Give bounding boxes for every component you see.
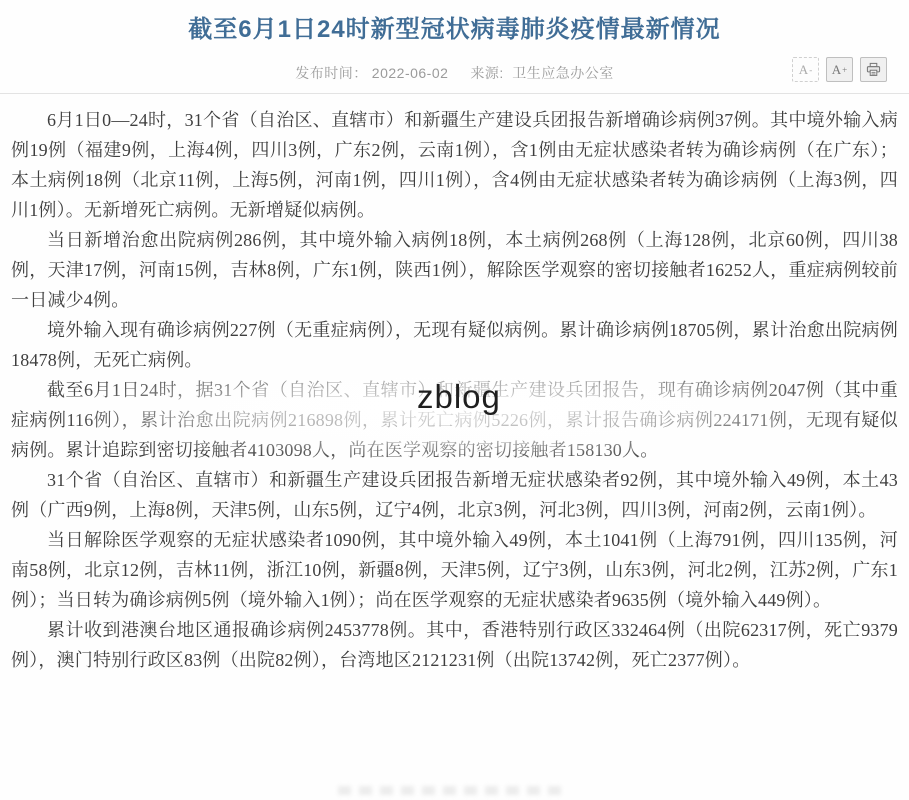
paragraph-cumulative: 截至6月1日24时，据31个省（自治区、直辖市）和新疆生产建设兵团报告，现有确诊… [11,375,898,465]
article-header: 截至6月1日24时新型冠状病毒肺炎疫情最新情况 发布时间：2022-06-02来… [0,0,909,93]
printer-icon [866,62,881,77]
publish-time-label: 发布时间： [295,65,368,81]
font-decrease-button[interactable]: A- [792,57,819,82]
paragraph-imported-current: 境外输入现有确诊病例227例（无重症病例），无现有疑似病例。累计确诊病例1870… [11,315,898,375]
paragraph-asymptomatic-released: 当日解除医学观察的无症状感染者1090例，其中境外输入49例，本土1041例（上… [11,525,898,615]
font-increase-label: A [832,62,841,78]
article-body: 6月1日0—24时，31个省（自治区、直辖市）和新疆生产建设兵团报告新增确诊病例… [0,94,909,675]
print-button[interactable] [860,57,887,82]
paragraph-new-confirmed: 6月1日0—24时，31个省（自治区、直辖市）和新疆生产建设兵团报告新增确诊病例… [11,105,898,225]
meta-row: 发布时间：2022-06-02来源: 卫生应急办公室 A- A+ [0,59,909,87]
cutoff-text-smudge [338,786,563,795]
publish-time-value: 2022-06-02 [372,65,449,81]
article-meta: 发布时间：2022-06-02来源: 卫生应急办公室 [0,59,909,87]
page-title: 截至6月1日24时新型冠状病毒肺炎疫情最新情况 [0,13,909,47]
paragraph-hk-macao-taiwan: 累计收到港澳台地区通报确诊病例2453778例。其中，香港特别行政区332464… [11,615,898,675]
font-print-toolbar: A- A+ [792,57,887,82]
paragraph-recovered: 当日新增治愈出院病例286例，其中境外输入病例18例，本土病例268例（上海12… [11,225,898,315]
source-label: 来源: [470,65,503,81]
paragraph-asymptomatic-new: 31个省（自治区、直辖市）和新疆生产建设兵团报告新增无症状感染者92例，其中境外… [11,465,898,525]
article-page: 截至6月1日24时新型冠状病毒肺炎疫情最新情况 发布时间：2022-06-02来… [0,0,909,800]
source-value: 卫生应急办公室 [512,65,614,81]
font-increase-button[interactable]: A+ [826,57,853,82]
font-decrease-label: A [799,62,808,78]
